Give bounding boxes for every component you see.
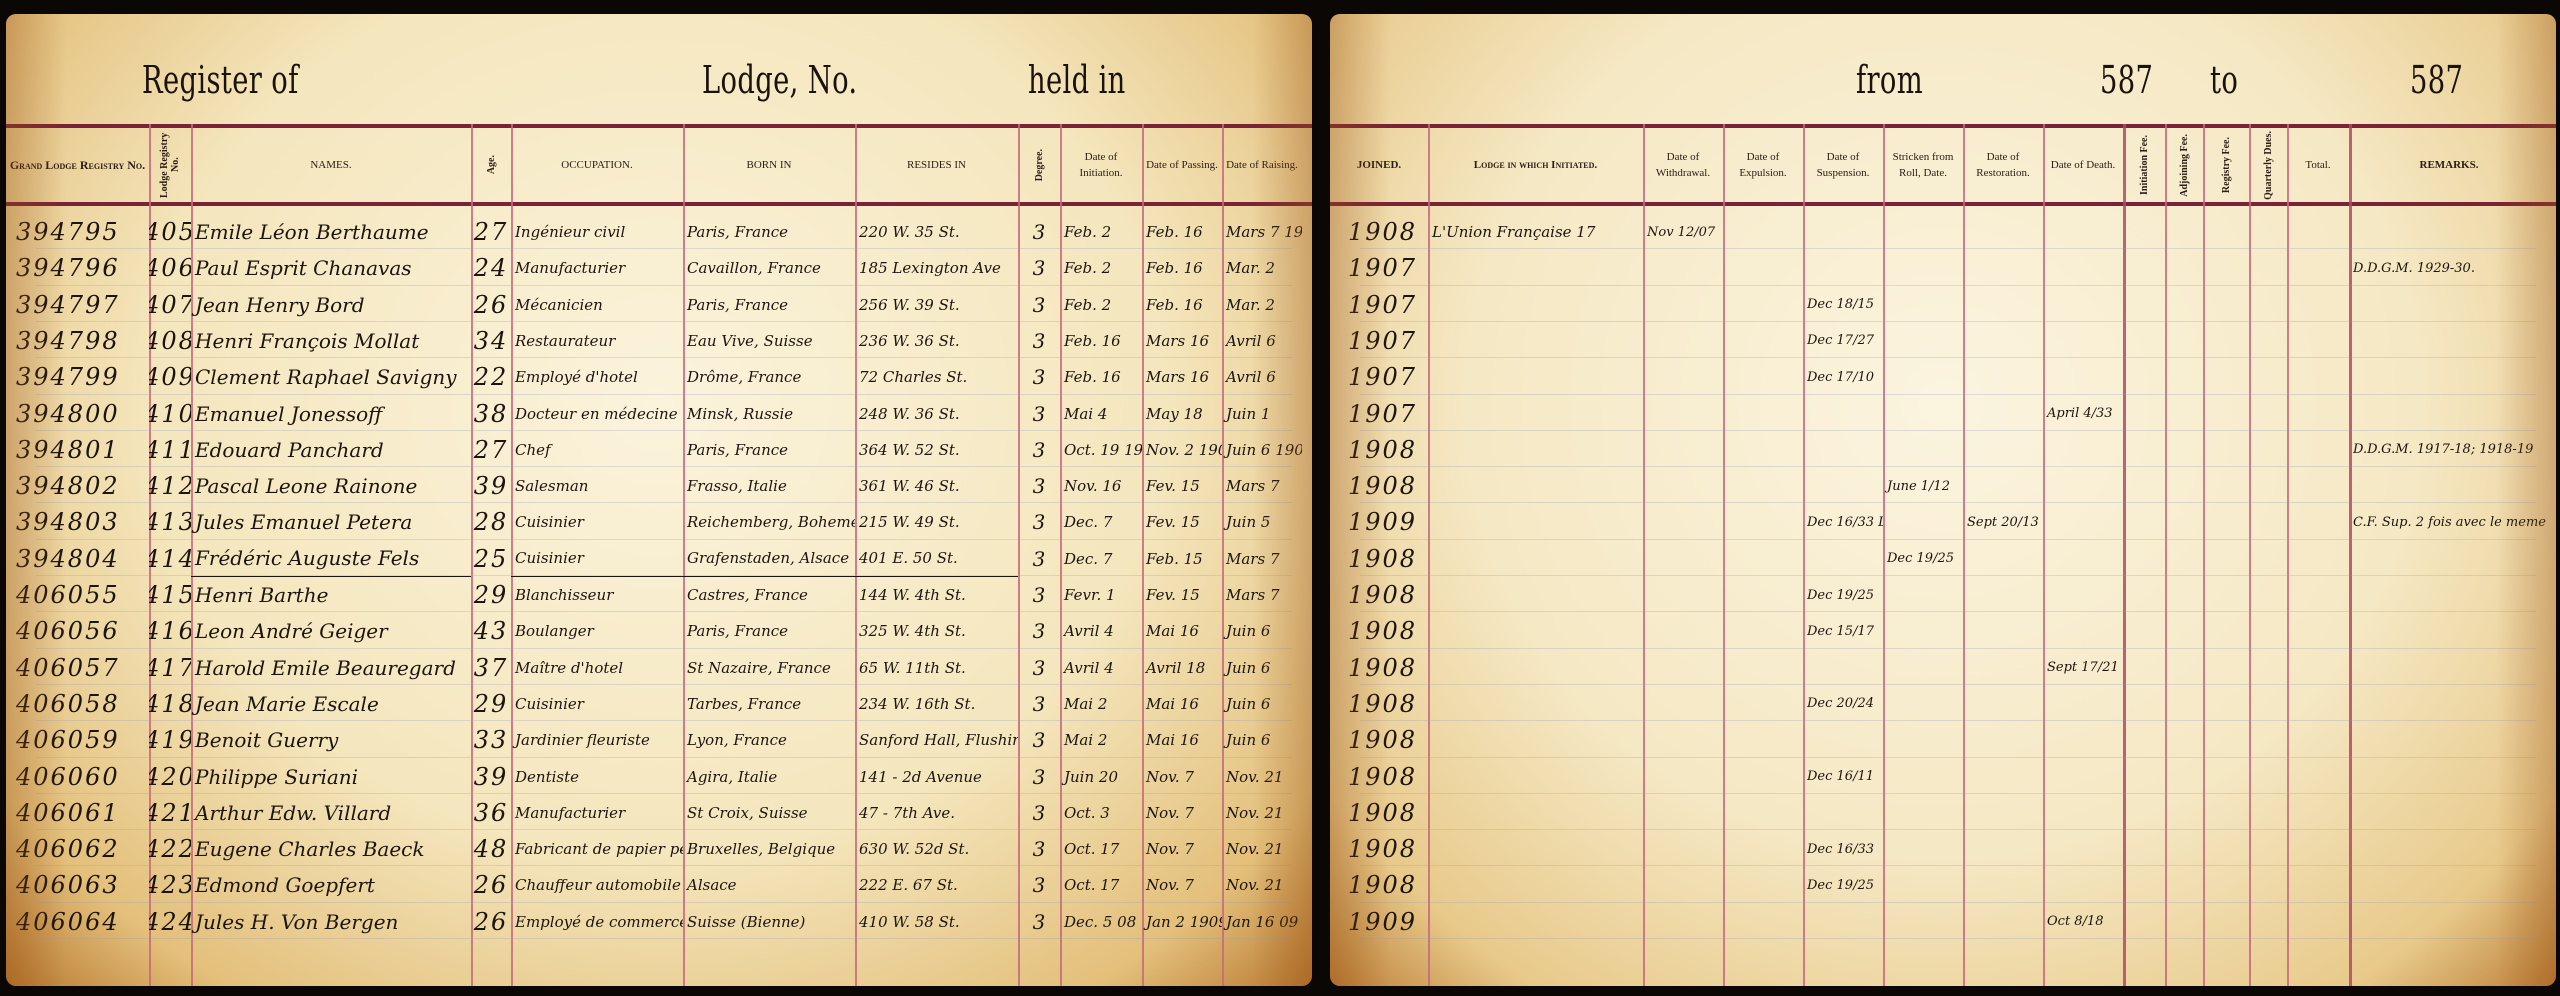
cell-passing: Nov. 7 — [1142, 867, 1222, 903]
cell-remarks — [2349, 686, 2549, 722]
header-stricken: Stricken from Roll, Date. — [1883, 128, 1963, 202]
cell-age: 28 — [471, 504, 511, 540]
header-remarks: REMARKS. — [2349, 128, 2549, 202]
cell-lodge-initiated — [1428, 323, 1643, 359]
cell-grand-lodge-no: 406062 — [12, 831, 149, 867]
title-from: from — [1856, 58, 1923, 102]
cell-stricken — [1883, 577, 1963, 613]
cell-withdrawal — [1643, 504, 1723, 540]
cell-occupation: Chauffeur automobile — [511, 867, 683, 903]
cell-resides-in: 47 - 7th Ave. — [855, 795, 1018, 831]
header-initiation-fee: Initiation Fee. — [2123, 128, 2165, 202]
cell-raising: Nov. 21 — [1222, 831, 1302, 867]
cell-grand-lodge-no: 394801 — [12, 432, 149, 468]
cell-suspension: Dec 18/15 — [1803, 287, 1883, 323]
cell-expulsion — [1723, 759, 1803, 795]
cell-lodge-no: 414 — [149, 541, 191, 577]
cell-death — [2043, 867, 2123, 903]
cell-joined: 1908 — [1344, 432, 1428, 468]
cell-restoration — [1963, 904, 2043, 940]
cell-restoration — [1963, 686, 2043, 722]
cell-degree: 3 — [1018, 396, 1060, 432]
cell-death — [2043, 613, 2123, 649]
cell-remarks — [2349, 541, 2549, 577]
cell-joined: 1907 — [1344, 323, 1428, 359]
cell-initiation: Dec. 5 08 — [1060, 904, 1142, 940]
cell-degree: 3 — [1018, 214, 1060, 250]
cell-restoration — [1963, 287, 2043, 323]
cell-raising: Juin 6 — [1222, 650, 1302, 686]
cell-restoration — [1963, 831, 2043, 867]
cell-death — [2043, 831, 2123, 867]
ledger-left-page: Register of Lodge, No. held in Grand Lod… — [6, 14, 1312, 986]
cell-joined: 1908 — [1344, 613, 1428, 649]
cell-raising: Mars 7 — [1222, 468, 1302, 504]
cell-born-in: Agira, Italie — [683, 759, 855, 795]
header-raising: Date of Raising. — [1222, 128, 1302, 202]
cell-joined: 1908 — [1344, 831, 1428, 867]
cell-resides-in: 215 W. 49 St. — [855, 504, 1018, 540]
cell-stricken — [1883, 432, 1963, 468]
cell-occupation: Blanchisseur — [511, 577, 683, 613]
cell-raising: Nov. 21 — [1222, 759, 1302, 795]
cell-resides-in: 234 W. 16th St. — [855, 686, 1018, 722]
cell-grand-lodge-no: 406056 — [12, 613, 149, 649]
cell-passing: Jan 2 1909 — [1142, 904, 1222, 940]
cell-withdrawal — [1643, 396, 1723, 432]
cell-withdrawal — [1643, 686, 1723, 722]
cell-lodge-initiated — [1428, 287, 1643, 323]
cell-lodge-no: 423 — [149, 867, 191, 903]
cell-expulsion — [1723, 541, 1803, 577]
cell-withdrawal — [1643, 722, 1723, 758]
cell-joined: 1909 — [1344, 504, 1428, 540]
cell-born-in: Minsk, Russie — [683, 396, 855, 432]
cell-death — [2043, 323, 2123, 359]
register-row: 406061421Arthur Edw. Villard36Manufactur… — [6, 795, 1312, 831]
cell-withdrawal — [1643, 867, 1723, 903]
cell-occupation: Restaurateur — [511, 323, 683, 359]
register-row: 406063423Edmond Goepfert26Chauffeur auto… — [6, 867, 1312, 903]
register-row: 394800410Emanuel Jonessoff38Docteur en m… — [6, 396, 1312, 432]
cell-lodge-initiated — [1428, 250, 1643, 286]
cell-lodge-initiated: L'Union Française 17 — [1428, 214, 1643, 250]
cell-occupation: Chef — [511, 432, 683, 468]
cell-born-in: Castres, France — [683, 577, 855, 613]
register-row: 1908Sept 17/21 — [1330, 650, 2556, 686]
cell-stricken — [1883, 650, 1963, 686]
cell-age: 22 — [471, 359, 511, 395]
cell-lodge-no: 422 — [149, 831, 191, 867]
cell-name: Edouard Panchard — [191, 432, 471, 468]
cell-withdrawal — [1643, 831, 1723, 867]
cell-grand-lodge-no: 394800 — [12, 396, 149, 432]
header-lodge-initiated: Lodge in which Initiated. — [1428, 128, 1643, 202]
cell-degree: 3 — [1018, 831, 1060, 867]
header-initiation: Date of Initiation. — [1060, 128, 1142, 202]
cell-lodge-initiated — [1428, 904, 1643, 940]
cell-occupation: Boulanger — [511, 613, 683, 649]
cell-born-in: Reichemberg, Boheme — [683, 504, 855, 540]
cell-lodge-no: 412 — [149, 468, 191, 504]
cell-name: Pascal Leone Rainone — [191, 468, 471, 504]
cell-withdrawal — [1643, 287, 1723, 323]
cell-raising: Nov. 21 — [1222, 867, 1302, 903]
cell-expulsion — [1723, 831, 1803, 867]
cell-suspension: Dec 15/17 — [1803, 613, 1883, 649]
cell-grand-lodge-no: 394797 — [12, 287, 149, 323]
cell-remarks — [2349, 831, 2549, 867]
header-born-in: BORN IN — [683, 128, 855, 202]
cell-remarks — [2349, 722, 2549, 758]
cell-passing: Feb. 16 — [1142, 250, 1222, 286]
header-registry-fee: Registry Fee. — [2203, 128, 2249, 202]
cell-expulsion — [1723, 214, 1803, 250]
cell-withdrawal — [1643, 541, 1723, 577]
cell-lodge-no: 408 — [149, 323, 191, 359]
register-row: 406058418Jean Marie Escale29CuisinierTar… — [6, 686, 1312, 722]
cell-raising: Nov. 21 — [1222, 795, 1302, 831]
cell-grand-lodge-no: 406060 — [12, 759, 149, 795]
cell-passing: Mai 16 — [1142, 613, 1222, 649]
register-row: 406062422Eugene Charles Baeck48Fabricant… — [6, 831, 1312, 867]
header-quarterly-dues: Quarterly Dues. — [2249, 128, 2287, 202]
header-expulsion: Date of Expulsion. — [1723, 128, 1803, 202]
cell-age: 39 — [471, 759, 511, 795]
cell-joined: 1908 — [1344, 867, 1428, 903]
cell-initiation: Oct. 17 — [1060, 831, 1142, 867]
header-suspension: Date of Suspension. — [1803, 128, 1883, 202]
cell-age: 48 — [471, 831, 511, 867]
cell-name: Benoit Guerry — [191, 722, 471, 758]
cell-withdrawal — [1643, 432, 1723, 468]
title-register-of: Register of — [142, 58, 299, 102]
cell-born-in: Paris, France — [683, 432, 855, 468]
register-row: 1907Dec 18/15 — [1330, 287, 2556, 323]
register-row: 1907April 4/33 — [1330, 396, 2556, 432]
cell-death — [2043, 214, 2123, 250]
cell-passing: Fev. 15 — [1142, 504, 1222, 540]
cell-lodge-initiated — [1428, 504, 1643, 540]
cell-expulsion — [1723, 504, 1803, 540]
cell-age: 26 — [471, 287, 511, 323]
cell-passing: Nov. 7 — [1142, 831, 1222, 867]
cell-raising: Juin 6 — [1222, 613, 1302, 649]
cell-born-in: Lyon, France — [683, 722, 855, 758]
cell-restoration — [1963, 541, 2043, 577]
cell-suspension — [1803, 250, 1883, 286]
header-occupation: OCCUPATION. — [511, 128, 683, 202]
cell-suspension: Dec 16/33 Dec 7/12 — [1803, 504, 1883, 540]
cell-remarks — [2349, 396, 2549, 432]
cell-remarks — [2349, 759, 2549, 795]
cell-expulsion — [1723, 904, 1803, 940]
cell-born-in: Paris, France — [683, 613, 855, 649]
right-column-headers: JOINED. Lodge in which Initiated. Date o… — [1330, 124, 2556, 206]
cell-withdrawal — [1643, 359, 1723, 395]
cell-joined: 1909 — [1344, 904, 1428, 940]
cell-joined: 1908 — [1344, 759, 1428, 795]
cell-expulsion — [1723, 359, 1803, 395]
header-grand-lodge-no: Grand Lodge Registry No. — [6, 128, 149, 202]
cell-stricken — [1883, 287, 1963, 323]
cell-resides-in: 65 W. 11th St. — [855, 650, 1018, 686]
cell-death — [2043, 432, 2123, 468]
cell-resides-in: 410 W. 58 St. — [855, 904, 1018, 940]
cell-lodge-no: 421 — [149, 795, 191, 831]
cell-resides-in: 236 W. 36 St. — [855, 323, 1018, 359]
cell-lodge-no: 420 — [149, 759, 191, 795]
cell-grand-lodge-no: 394795 — [12, 214, 149, 250]
cell-stricken — [1883, 359, 1963, 395]
cell-stricken — [1883, 759, 1963, 795]
cell-passing: Fev. 15 — [1142, 468, 1222, 504]
cell-degree: 3 — [1018, 577, 1060, 613]
header-joined: JOINED. — [1330, 128, 1428, 202]
cell-grand-lodge-no: 406057 — [12, 650, 149, 686]
register-row: 406060420Philippe Suriani39DentisteAgira… — [6, 759, 1312, 795]
cell-remarks — [2349, 323, 2549, 359]
cell-restoration — [1963, 759, 2043, 795]
register-row: 394801411Edouard Panchard27ChefParis, Fr… — [6, 432, 1312, 468]
cell-age: 26 — [471, 867, 511, 903]
cell-lodge-no: 416 — [149, 613, 191, 649]
register-row: 1908Dec 19/25 — [1330, 867, 2556, 903]
cell-lodge-no: 411 — [149, 432, 191, 468]
cell-joined: 1908 — [1344, 577, 1428, 613]
cell-death — [2043, 795, 2123, 831]
cell-initiation: Feb. 2 — [1060, 287, 1142, 323]
cell-born-in: Bruxelles, Belgique — [683, 831, 855, 867]
cell-joined: 1908 — [1344, 650, 1428, 686]
cell-suspension: Dec 17/10 — [1803, 359, 1883, 395]
cell-initiation: Dec. 7 — [1060, 541, 1142, 577]
register-row: 406057417Harold Emile Beauregard37Maître… — [6, 650, 1312, 686]
cell-restoration — [1963, 396, 2043, 432]
cell-initiation: Oct. 17 — [1060, 867, 1142, 903]
register-row: 394804414Frédéric Auguste Fels25Cuisinie… — [6, 541, 1312, 577]
cell-restoration — [1963, 867, 2043, 903]
cell-joined: 1908 — [1344, 541, 1428, 577]
register-row: 406059419Benoit Guerry33Jardinier fleuri… — [6, 722, 1312, 758]
cell-stricken — [1883, 904, 1963, 940]
cell-joined: 1908 — [1344, 795, 1428, 831]
cell-raising: Jan 16 09 — [1222, 904, 1302, 940]
cell-passing: Avril 18 — [1142, 650, 1222, 686]
cell-stricken: Dec 19/25 — [1883, 541, 1963, 577]
cell-degree: 3 — [1018, 250, 1060, 286]
title-lodge-no: Lodge, No. — [702, 58, 857, 102]
cell-withdrawal — [1643, 613, 1723, 649]
cell-grand-lodge-no: 394802 — [12, 468, 149, 504]
cell-remarks — [2349, 359, 2549, 395]
cell-remarks — [2349, 867, 2549, 903]
cell-suspension: Dec 20/24 — [1803, 686, 1883, 722]
cell-name: Leon André Geiger — [191, 613, 471, 649]
cell-resides-in: 185 Lexington Ave — [855, 250, 1018, 286]
cell-passing: May 18 — [1142, 396, 1222, 432]
cell-death: April 4/33 — [2043, 396, 2123, 432]
register-row: 1907Dec 17/10 — [1330, 359, 2556, 395]
cell-grand-lodge-no: 406063 — [12, 867, 149, 903]
cell-joined: 1907 — [1344, 250, 1428, 286]
cell-resides-in: Sanford Hall, Flushing L.I. — [855, 722, 1018, 758]
cell-raising: Juin 6 — [1222, 722, 1302, 758]
cell-occupation: Employé d'hotel — [511, 359, 683, 395]
cell-raising: Mars 7 — [1222, 577, 1302, 613]
cell-age: 43 — [471, 613, 511, 649]
cell-name: Jules Emanuel Petera — [191, 504, 471, 540]
cell-initiation: Juin 20 — [1060, 759, 1142, 795]
cell-lodge-initiated — [1428, 468, 1643, 504]
cell-initiation: Dec. 7 — [1060, 504, 1142, 540]
cell-withdrawal: Nov 12/07 — [1643, 214, 1723, 250]
cell-joined: 1907 — [1344, 359, 1428, 395]
cell-lodge-initiated — [1428, 650, 1643, 686]
cell-resides-in: 141 - 2d Avenue — [855, 759, 1018, 795]
cell-expulsion — [1723, 867, 1803, 903]
cell-restoration — [1963, 323, 2043, 359]
cell-grand-lodge-no: 406064 — [12, 904, 149, 940]
register-row: 1908 — [1330, 795, 2556, 831]
cell-stricken — [1883, 396, 1963, 432]
cell-occupation: Employé de commerce — [511, 904, 683, 940]
cell-remarks — [2349, 468, 2549, 504]
cell-remarks — [2349, 214, 2549, 250]
cell-born-in: Paris, France — [683, 287, 855, 323]
cell-passing: Nov. 7 — [1142, 759, 1222, 795]
cell-raising: Juin 6 1908 — [1222, 432, 1302, 468]
header-total: Total. — [2287, 128, 2349, 202]
cell-initiation: Feb. 16 — [1060, 359, 1142, 395]
register-row: 1909Dec 16/33 Dec 7/12Sept 20/13C.F. Sup… — [1330, 504, 2556, 540]
cell-name: Frédéric Auguste Fels — [191, 541, 471, 577]
cell-initiation: Mai 2 — [1060, 686, 1142, 722]
register-row: 394796406Paul Esprit Chanavas24Manufactu… — [6, 250, 1312, 286]
cell-suspension — [1803, 214, 1883, 250]
cell-born-in: Grafenstaden, Alsace — [683, 541, 855, 577]
cell-remarks — [2349, 795, 2549, 831]
register-row: 1908June 1/12 — [1330, 468, 2556, 504]
header-degree: Degree. — [1018, 128, 1060, 202]
cell-joined: 1908 — [1344, 722, 1428, 758]
cell-initiation: Fevr. 1 — [1060, 577, 1142, 613]
cell-lodge-initiated — [1428, 396, 1643, 432]
cell-withdrawal — [1643, 577, 1723, 613]
cell-degree: 3 — [1018, 541, 1060, 577]
cell-degree: 3 — [1018, 722, 1060, 758]
register-row: 1908Dec 16/33 — [1330, 831, 2556, 867]
cell-passing: Mars 16 — [1142, 323, 1222, 359]
cell-degree: 3 — [1018, 432, 1060, 468]
header-restoration: Date of Restoration. — [1963, 128, 2043, 202]
cell-age: 29 — [471, 577, 511, 613]
cell-initiation: Feb. 16 — [1060, 323, 1142, 359]
cell-name: Henri Barthe — [191, 577, 471, 613]
cell-lodge-initiated — [1428, 722, 1643, 758]
cell-initiation: Oct. 19 1907 — [1060, 432, 1142, 468]
cell-grand-lodge-no: 394796 — [12, 250, 149, 286]
cell-raising: Juin 5 — [1222, 504, 1302, 540]
cell-remarks — [2349, 904, 2549, 940]
cell-grand-lodge-no: 406058 — [12, 686, 149, 722]
cell-death — [2043, 541, 2123, 577]
cell-lodge-no: 405 — [149, 214, 191, 250]
cell-lodge-initiated — [1428, 541, 1643, 577]
cell-stricken — [1883, 250, 1963, 286]
cell-stricken — [1883, 686, 1963, 722]
cell-expulsion — [1723, 795, 1803, 831]
register-row: 1908 — [1330, 722, 2556, 758]
cell-restoration — [1963, 722, 2043, 758]
cell-name: Harold Emile Beauregard — [191, 650, 471, 686]
register-row: 1908Dec 19/25 — [1330, 541, 2556, 577]
cell-degree: 3 — [1018, 867, 1060, 903]
header-withdrawal: Date of Withdrawal. — [1643, 128, 1723, 202]
cell-name: Jean Marie Escale — [191, 686, 471, 722]
cell-suspension — [1803, 468, 1883, 504]
cell-expulsion — [1723, 722, 1803, 758]
cell-age: 37 — [471, 650, 511, 686]
cell-degree: 3 — [1018, 650, 1060, 686]
cell-remarks — [2349, 613, 2549, 649]
title-held-in: held in — [1028, 58, 1126, 102]
cell-raising: Mar. 2 — [1222, 250, 1302, 286]
cell-death — [2043, 287, 2123, 323]
cell-born-in: Paris, France — [683, 214, 855, 250]
cell-lodge-initiated — [1428, 831, 1643, 867]
cell-occupation: Mécanicien — [511, 287, 683, 323]
cell-remarks — [2349, 650, 2549, 686]
cell-raising: Avril 6 — [1222, 359, 1302, 395]
cell-suspension — [1803, 904, 1883, 940]
cell-degree: 3 — [1018, 287, 1060, 323]
cell-expulsion — [1723, 577, 1803, 613]
cell-age: 27 — [471, 214, 511, 250]
cell-passing: Nov. 7 — [1142, 795, 1222, 831]
cell-suspension: Dec 19/25 — [1803, 577, 1883, 613]
cell-grand-lodge-no: 406061 — [12, 795, 149, 831]
cell-suspension: Dec 17/27 — [1803, 323, 1883, 359]
cell-born-in: Alsace — [683, 867, 855, 903]
title-to: to — [2210, 58, 2238, 102]
cell-degree: 3 — [1018, 686, 1060, 722]
cell-resides-in: 248 W. 36 St. — [855, 396, 1018, 432]
cell-withdrawal — [1643, 323, 1723, 359]
cell-born-in: Eau Vive, Suisse — [683, 323, 855, 359]
register-row: 1908Dec 20/24 — [1330, 686, 2556, 722]
cell-joined: 1908 — [1344, 468, 1428, 504]
cell-stricken — [1883, 795, 1963, 831]
register-row: 1909Oct 8/18 — [1330, 904, 2556, 940]
cell-name: Emile Léon Berthaume — [191, 214, 471, 250]
register-row: 1908D.D.G.M. 1917-18; 1918-19 — [1330, 432, 2556, 468]
cell-resides-in: 401 E. 50 St. — [855, 541, 1018, 577]
cell-expulsion — [1723, 613, 1803, 649]
cell-lodge-no: 419 — [149, 722, 191, 758]
cell-death — [2043, 250, 2123, 286]
title-from-year: 587 — [2100, 58, 2153, 102]
register-row: 394795405Emile Léon Berthaume27Ingénieur… — [6, 214, 1312, 250]
cell-occupation: Dentiste — [511, 759, 683, 795]
cell-name: Jules H. Von Bergen — [191, 904, 471, 940]
header-adjoining-fee: Adjoining Fee. — [2165, 128, 2203, 202]
cell-stricken — [1883, 867, 1963, 903]
right-title: from 587 to 587 — [1330, 44, 2556, 114]
cell-lodge-no: 417 — [149, 650, 191, 686]
cell-passing: Feb. 15 — [1142, 541, 1222, 577]
cell-joined: 1908 — [1344, 686, 1428, 722]
